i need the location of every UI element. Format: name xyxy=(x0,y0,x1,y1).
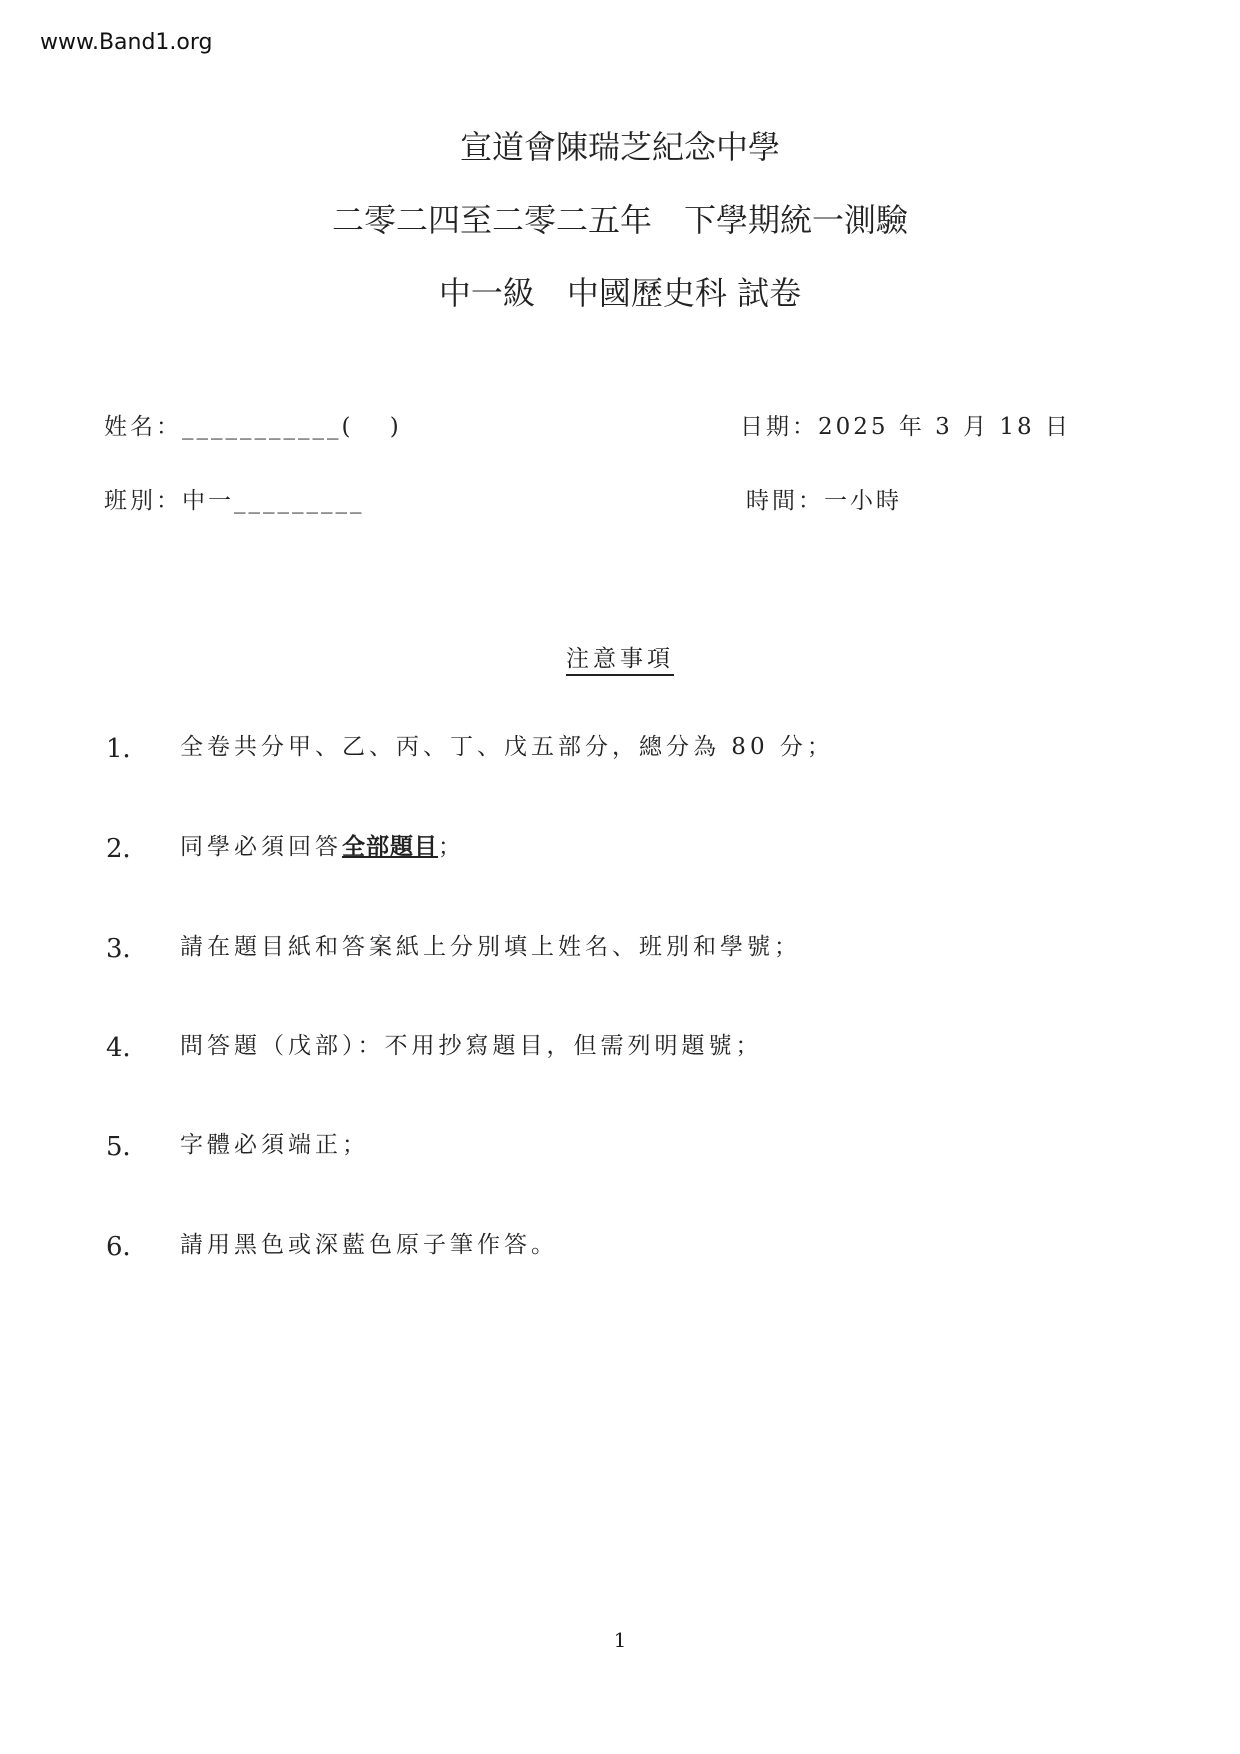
item-text: 請在題目紙和答案紙上分別填上姓名、班別和學號； xyxy=(180,928,801,965)
name-field: 姓名：___________( ) xyxy=(104,408,402,441)
item-text-end: ； xyxy=(438,828,465,865)
notice-heading: 注意事項 xyxy=(0,640,1240,673)
item-number: 6． xyxy=(106,1226,180,1263)
notice-item-5: 5． 字體必須端正； xyxy=(106,1126,369,1163)
item-text: 問答題（戊部）：不用抄寫題目，但需列明題號； xyxy=(180,1027,763,1064)
item-text: 字體必須端正； xyxy=(180,1126,369,1163)
item-number: 1． xyxy=(106,728,180,765)
subject-title: 中一級 中國歷史科 試卷 xyxy=(0,268,1240,314)
notice-item-4: 4． 問答題（戊部）：不用抄寫題目，但需列明題號； xyxy=(106,1027,763,1064)
exam-title: 二零二四至二零二五年 下學期統一測驗 xyxy=(0,195,1240,241)
notice-item-1: 1． 全卷共分甲、乙、丙、丁、戊五部分，總分為 80 分； xyxy=(106,728,834,765)
date-field: 日期：2025 年 3 月 18 日 xyxy=(740,408,1071,441)
item-number: 4． xyxy=(106,1027,180,1064)
notice-item-6: 6． 請用黑色或深藍色原子筆作答。 xyxy=(106,1226,558,1263)
page-number: 1 xyxy=(0,1628,1240,1652)
time-field: 時間：一小時 xyxy=(746,482,902,515)
school-title: 宣道會陳瑞芝紀念中學 xyxy=(0,122,1240,168)
class-field: 班別：中一_________ xyxy=(104,482,365,515)
item-text: 請用黑色或深藍色原子筆作答。 xyxy=(180,1226,558,1263)
item-number: 2． xyxy=(106,828,180,865)
notice-item-3: 3． 請在題目紙和答案紙上分別填上姓名、班別和學號； xyxy=(106,928,801,965)
item-number: 5． xyxy=(106,1126,180,1163)
item-text: 同學必須回答 xyxy=(180,828,342,865)
notice-item-2: 2． 同學必須回答全部題目； xyxy=(106,828,465,865)
item-number: 3． xyxy=(106,928,180,965)
watermark: www.Band1.org xyxy=(40,30,213,55)
item-text: 全卷共分甲、乙、丙、丁、戊五部分，總分為 80 分； xyxy=(180,728,834,765)
item-emphasis: 全部題目 xyxy=(342,828,438,865)
